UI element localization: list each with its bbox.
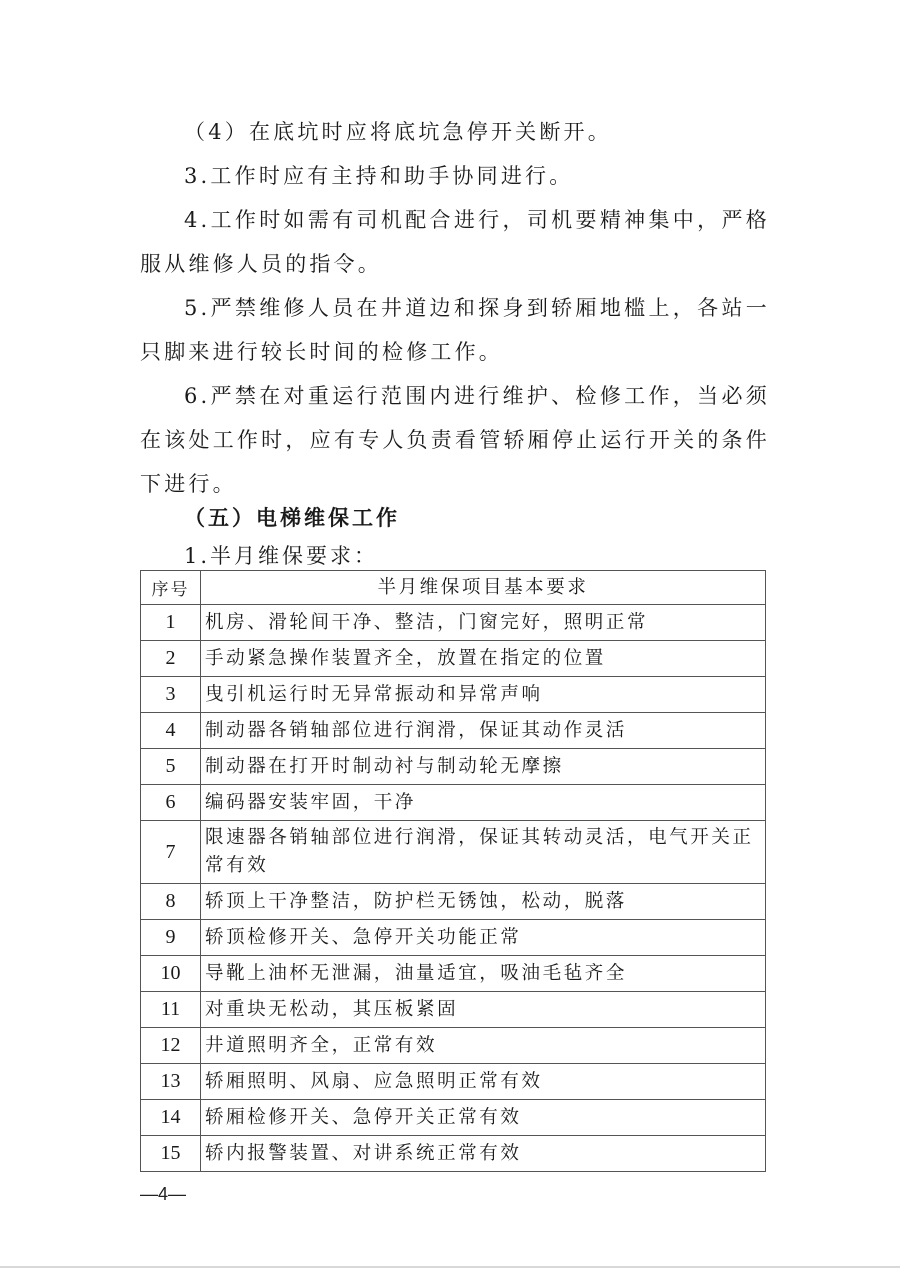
table-row: 3曳引机运行时无异常振动和异常声响 <box>141 677 766 713</box>
row-no: 4 <box>141 713 201 749</box>
row-requirement: 限速器各销轴部位进行润滑，保证其转动灵活，电气开关正常有效 <box>201 821 766 884</box>
table-row: 5制动器在打开时制动衬与制动轮无摩擦 <box>141 749 766 785</box>
header-no: 序号 <box>141 571 201 605</box>
table-row: 14轿厢检修开关、急停开关正常有效 <box>141 1100 766 1136</box>
row-no: 3 <box>141 677 201 713</box>
subheading: 1.半月维保要求： <box>184 540 378 570</box>
row-requirement: 轿厢照明、风扇、应急照明正常有效 <box>201 1064 766 1100</box>
row-requirement: 对重块无松动，其压板紧固 <box>201 992 766 1028</box>
table-row: 6编码器安装牢固，干净 <box>141 785 766 821</box>
row-no: 12 <box>141 1028 201 1064</box>
row-no: 15 <box>141 1136 201 1172</box>
maintenance-table: 序号 半月维保项目基本要求 1机房、滑轮间干净、整洁，门窗完好，照明正常 2手动… <box>140 570 766 1172</box>
row-requirement: 轿顶上干净整洁，防护栏无锈蚀，松动，脱落 <box>201 884 766 920</box>
row-no: 1 <box>141 605 201 641</box>
row-requirement: 手动紧急操作装置齐全，放置在指定的位置 <box>201 641 766 677</box>
table-row: 15轿内报警装置、对讲系统正常有效 <box>141 1136 766 1172</box>
table-row: 1机房、滑轮间干净、整洁，门窗完好，照明正常 <box>141 605 766 641</box>
row-no: 14 <box>141 1100 201 1136</box>
row-no: 13 <box>141 1064 201 1100</box>
row-requirement: 制动器各销轴部位进行润滑，保证其动作灵活 <box>201 713 766 749</box>
row-no: 10 <box>141 956 201 992</box>
row-no: 5 <box>141 749 201 785</box>
document-page: （4）在底坑时应将底坑急停开关断开。 3.工作时应有主持和助手协同进行。 4.工… <box>0 0 900 1272</box>
section-heading: （五）电梯维保工作 <box>184 502 400 532</box>
row-requirement: 轿内报警装置、对讲系统正常有效 <box>201 1136 766 1172</box>
table-header-row: 序号 半月维保项目基本要求 <box>141 571 766 605</box>
header-requirement: 半月维保项目基本要求 <box>201 571 766 605</box>
row-requirement: 编码器安装牢固，干净 <box>201 785 766 821</box>
paragraph-item-5: 5.严禁维修人员在井道边和探身到轿厢地槛上，各站一只脚来进行较长时间的检修工作。 <box>140 286 770 374</box>
row-requirement: 导靴上油杯无泄漏，油量适宜，吸油毛毡齐全 <box>201 956 766 992</box>
table-row: 8轿顶上干净整洁，防护栏无锈蚀，松动，脱落 <box>141 884 766 920</box>
table-row: 12井道照明齐全，正常有效 <box>141 1028 766 1064</box>
row-no: 8 <box>141 884 201 920</box>
paragraph-item-3: 3.工作时应有主持和助手协同进行。 <box>140 154 770 198</box>
table-row: 7限速器各销轴部位进行润滑，保证其转动灵活，电气开关正常有效 <box>141 821 766 884</box>
row-requirement: 轿厢检修开关、急停开关正常有效 <box>201 1100 766 1136</box>
paragraph-pit-switch: （4）在底坑时应将底坑急停开关断开。 <box>140 110 770 154</box>
page-number: —4— <box>140 1184 186 1205</box>
row-no: 11 <box>141 992 201 1028</box>
table-row: 10导靴上油杯无泄漏，油量适宜，吸油毛毡齐全 <box>141 956 766 992</box>
page-edge-divider <box>0 1266 900 1268</box>
paragraph-item-4: 4.工作时如需有司机配合进行，司机要精神集中，严格服从维修人员的指令。 <box>140 198 770 286</box>
table-row: 11对重块无松动，其压板紧固 <box>141 992 766 1028</box>
paragraph-item-6: 6.严禁在对重运行范围内进行维护、检修工作，当必须在该处工作时，应有专人负责看管… <box>140 374 770 506</box>
table-row: 13轿厢照明、风扇、应急照明正常有效 <box>141 1064 766 1100</box>
row-no: 9 <box>141 920 201 956</box>
row-requirement: 制动器在打开时制动衬与制动轮无摩擦 <box>201 749 766 785</box>
row-requirement: 机房、滑轮间干净、整洁，门窗完好，照明正常 <box>201 605 766 641</box>
row-no: 7 <box>141 821 201 884</box>
row-requirement: 曳引机运行时无异常振动和异常声响 <box>201 677 766 713</box>
row-requirement: 轿顶检修开关、急停开关功能正常 <box>201 920 766 956</box>
row-no: 2 <box>141 641 201 677</box>
row-no: 6 <box>141 785 201 821</box>
table-row: 4制动器各销轴部位进行润滑，保证其动作灵活 <box>141 713 766 749</box>
table-row: 2手动紧急操作装置齐全，放置在指定的位置 <box>141 641 766 677</box>
table-row: 9轿顶检修开关、急停开关功能正常 <box>141 920 766 956</box>
row-requirement: 井道照明齐全，正常有效 <box>201 1028 766 1064</box>
